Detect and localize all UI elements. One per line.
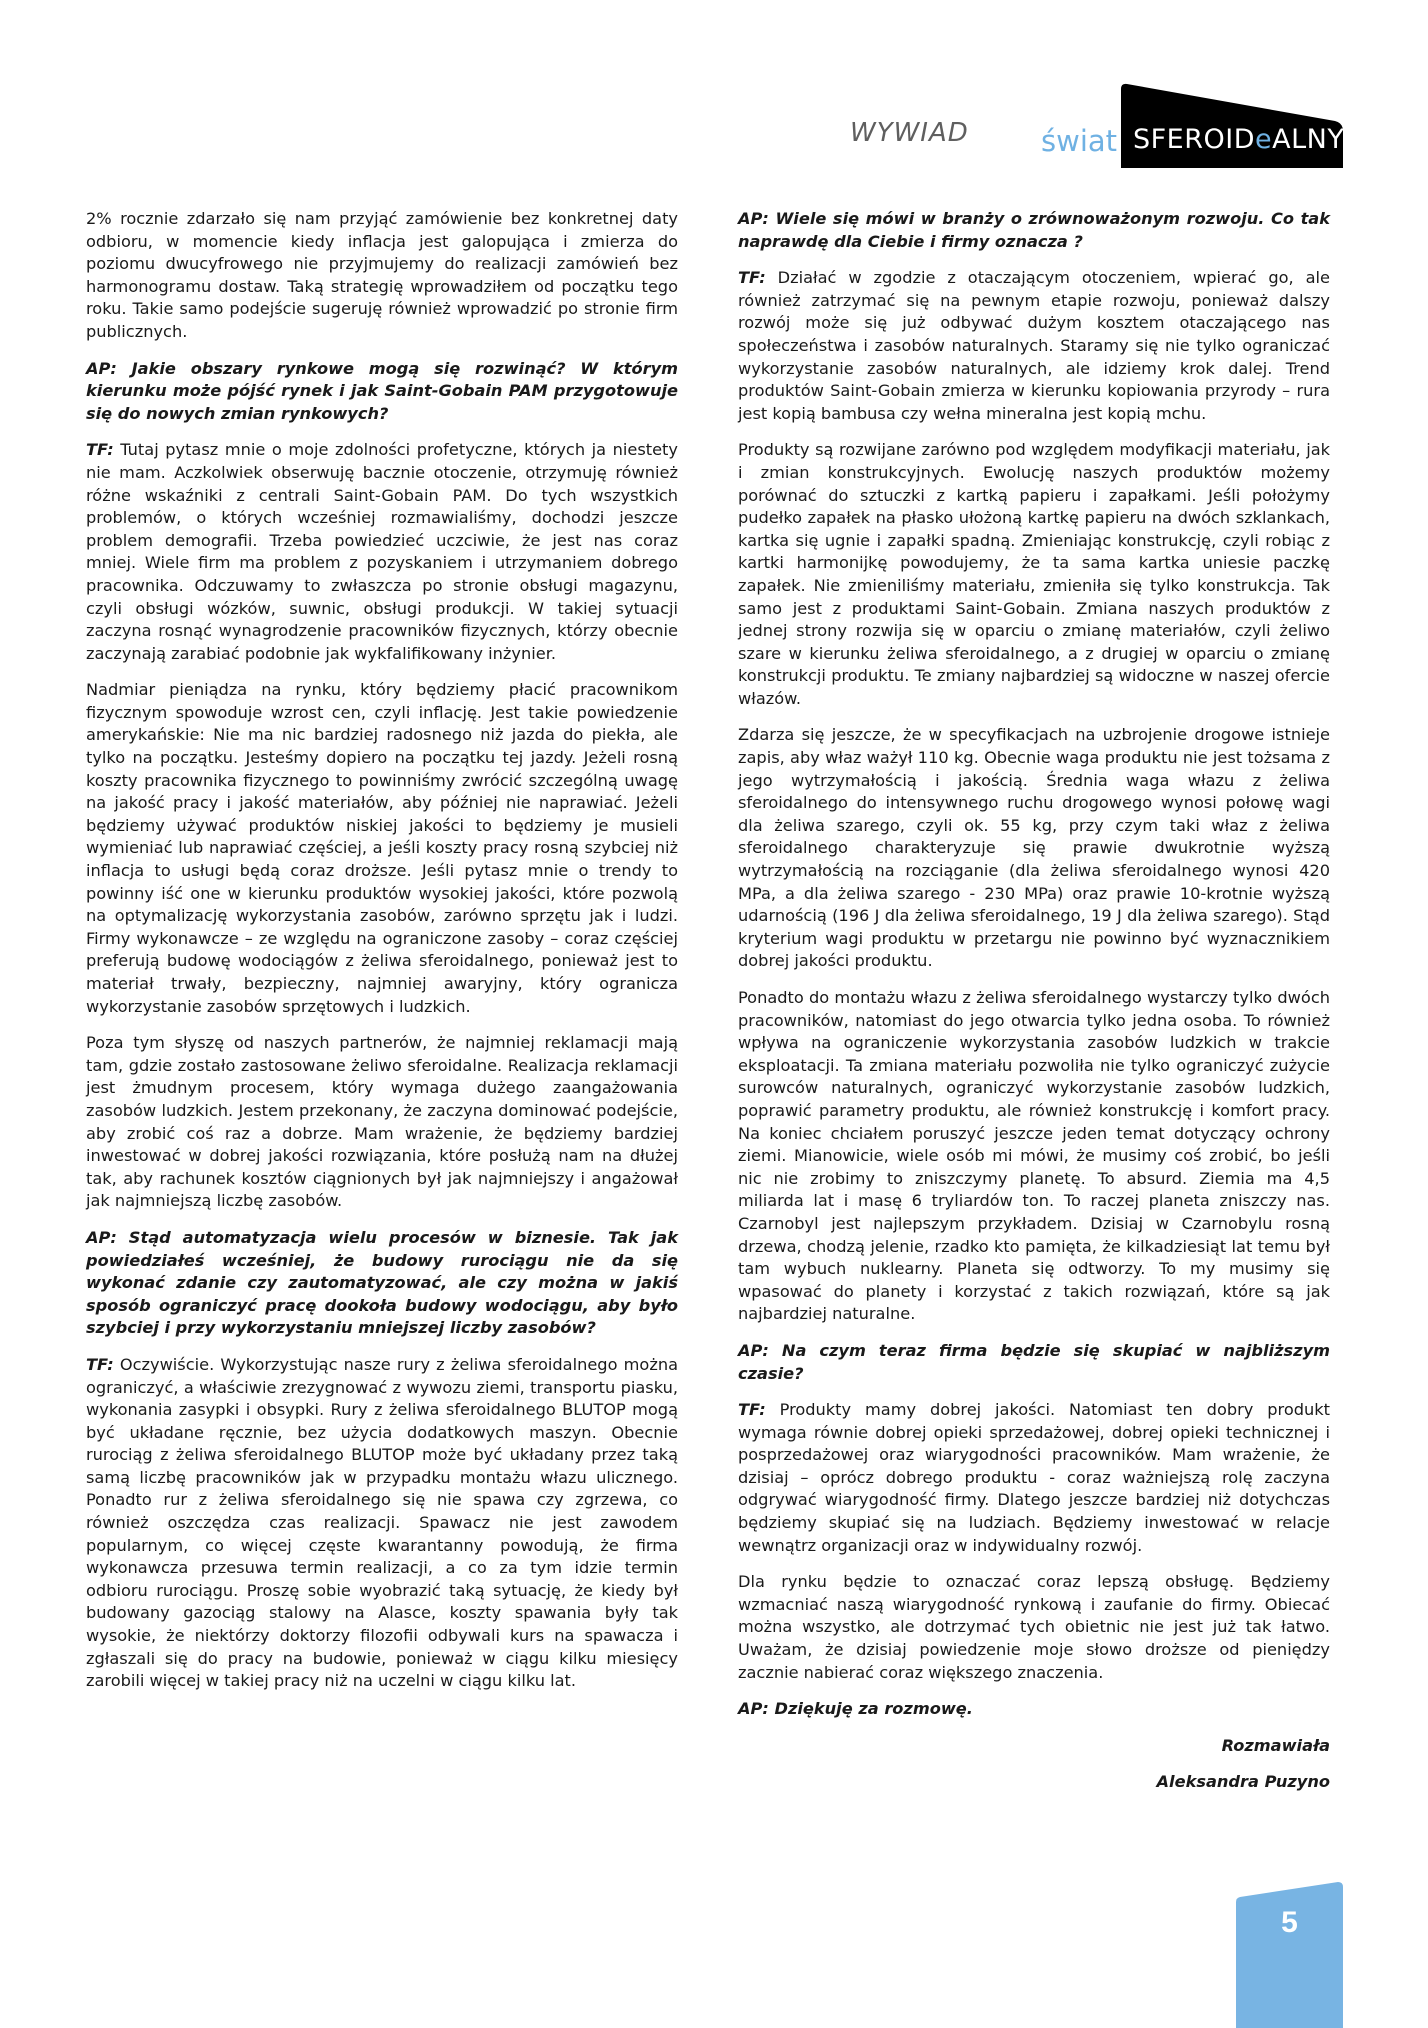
interviewee-answer: TF: Produkty mamy dobrej jakości. Natomi… — [738, 1399, 1330, 1557]
speaker-label: TF: — [86, 1355, 114, 1374]
logo-accent-letter: e — [1255, 124, 1272, 155]
page-badge-shape — [1236, 1882, 1343, 2028]
logo-word-part1: SFEROID — [1133, 124, 1255, 155]
answer-text: Działać w zgodzie z otaczającym otoczeni… — [738, 268, 1330, 423]
interviewee-answer: TF: Tutaj pytasz mnie o moje zdolności p… — [86, 439, 678, 665]
paragraph: 2% rocznie zdarzało się nam przyjąć zamó… — [86, 208, 678, 344]
answer-text: Produkty mamy dobrej jakości. Natomiast … — [738, 1400, 1330, 1555]
interviewer-question: AP: Wiele się mówi w branży o zrównoważo… — [738, 208, 1330, 253]
magazine-logo: SFEROIDeALNY — [1121, 83, 1343, 168]
paragraph: Poza tym słyszę od naszych partnerów, że… — [86, 1032, 678, 1213]
interviewee-answer: TF: Oczywiście. Wykorzystując nasze rury… — [86, 1354, 678, 1693]
paragraph: Dla rynku będzie to oznaczać coraz lepsz… — [738, 1571, 1330, 1684]
right-column: AP: Wiele się mówi w branży o zrównoważo… — [738, 208, 1330, 1808]
page-number-badge: 5 — [1236, 1882, 1343, 2028]
paragraph: Ponadto do montażu włazu z żeliwa sferoi… — [738, 987, 1330, 1326]
paragraph: Produkty są rozwijane zarówno pod względ… — [738, 439, 1330, 710]
logo-prefix: świat — [1041, 124, 1117, 158]
paragraph: Nadmiar pieniądza na rynku, który będzie… — [86, 679, 678, 1018]
interviewee-answer: TF: Działać w zgodzie z otaczającym otoc… — [738, 267, 1330, 425]
speaker-label: TF: — [738, 268, 766, 287]
section-label: WYWIAD — [850, 118, 969, 148]
speaker-label: TF: — [738, 1400, 766, 1419]
logo-word-part2: ALNY — [1272, 124, 1344, 155]
signature-name: Aleksandra Puzyno — [738, 1771, 1330, 1794]
speaker-label: TF: — [86, 440, 114, 459]
logo-wordmark: SFEROIDeALNY — [1133, 124, 1344, 155]
signature-label: Rozmawiała — [738, 1735, 1330, 1758]
interviewer-closing: AP: Dziękuję za rozmowę. — [738, 1698, 1330, 1721]
interviewer-question: AP: Na czym teraz firma będzie się skupi… — [738, 1340, 1330, 1385]
interviewer-question: AP: Jakie obszary rynkowe mogą się rozwi… — [86, 358, 678, 426]
left-column: 2% rocznie zdarzało się nam przyjąć zamó… — [86, 208, 678, 1707]
interviewer-question: AP: Stąd automatyzacja wielu procesów w … — [86, 1227, 678, 1340]
answer-text: Tutaj pytasz mnie o moje zdolności profe… — [86, 440, 678, 662]
paragraph: Zdarza się jeszcze, że w specyfikacjach … — [738, 724, 1330, 973]
page-number: 5 — [1236, 1906, 1343, 1940]
answer-text: Oczywiście. Wykorzystując nasze rury z ż… — [86, 1355, 678, 1690]
